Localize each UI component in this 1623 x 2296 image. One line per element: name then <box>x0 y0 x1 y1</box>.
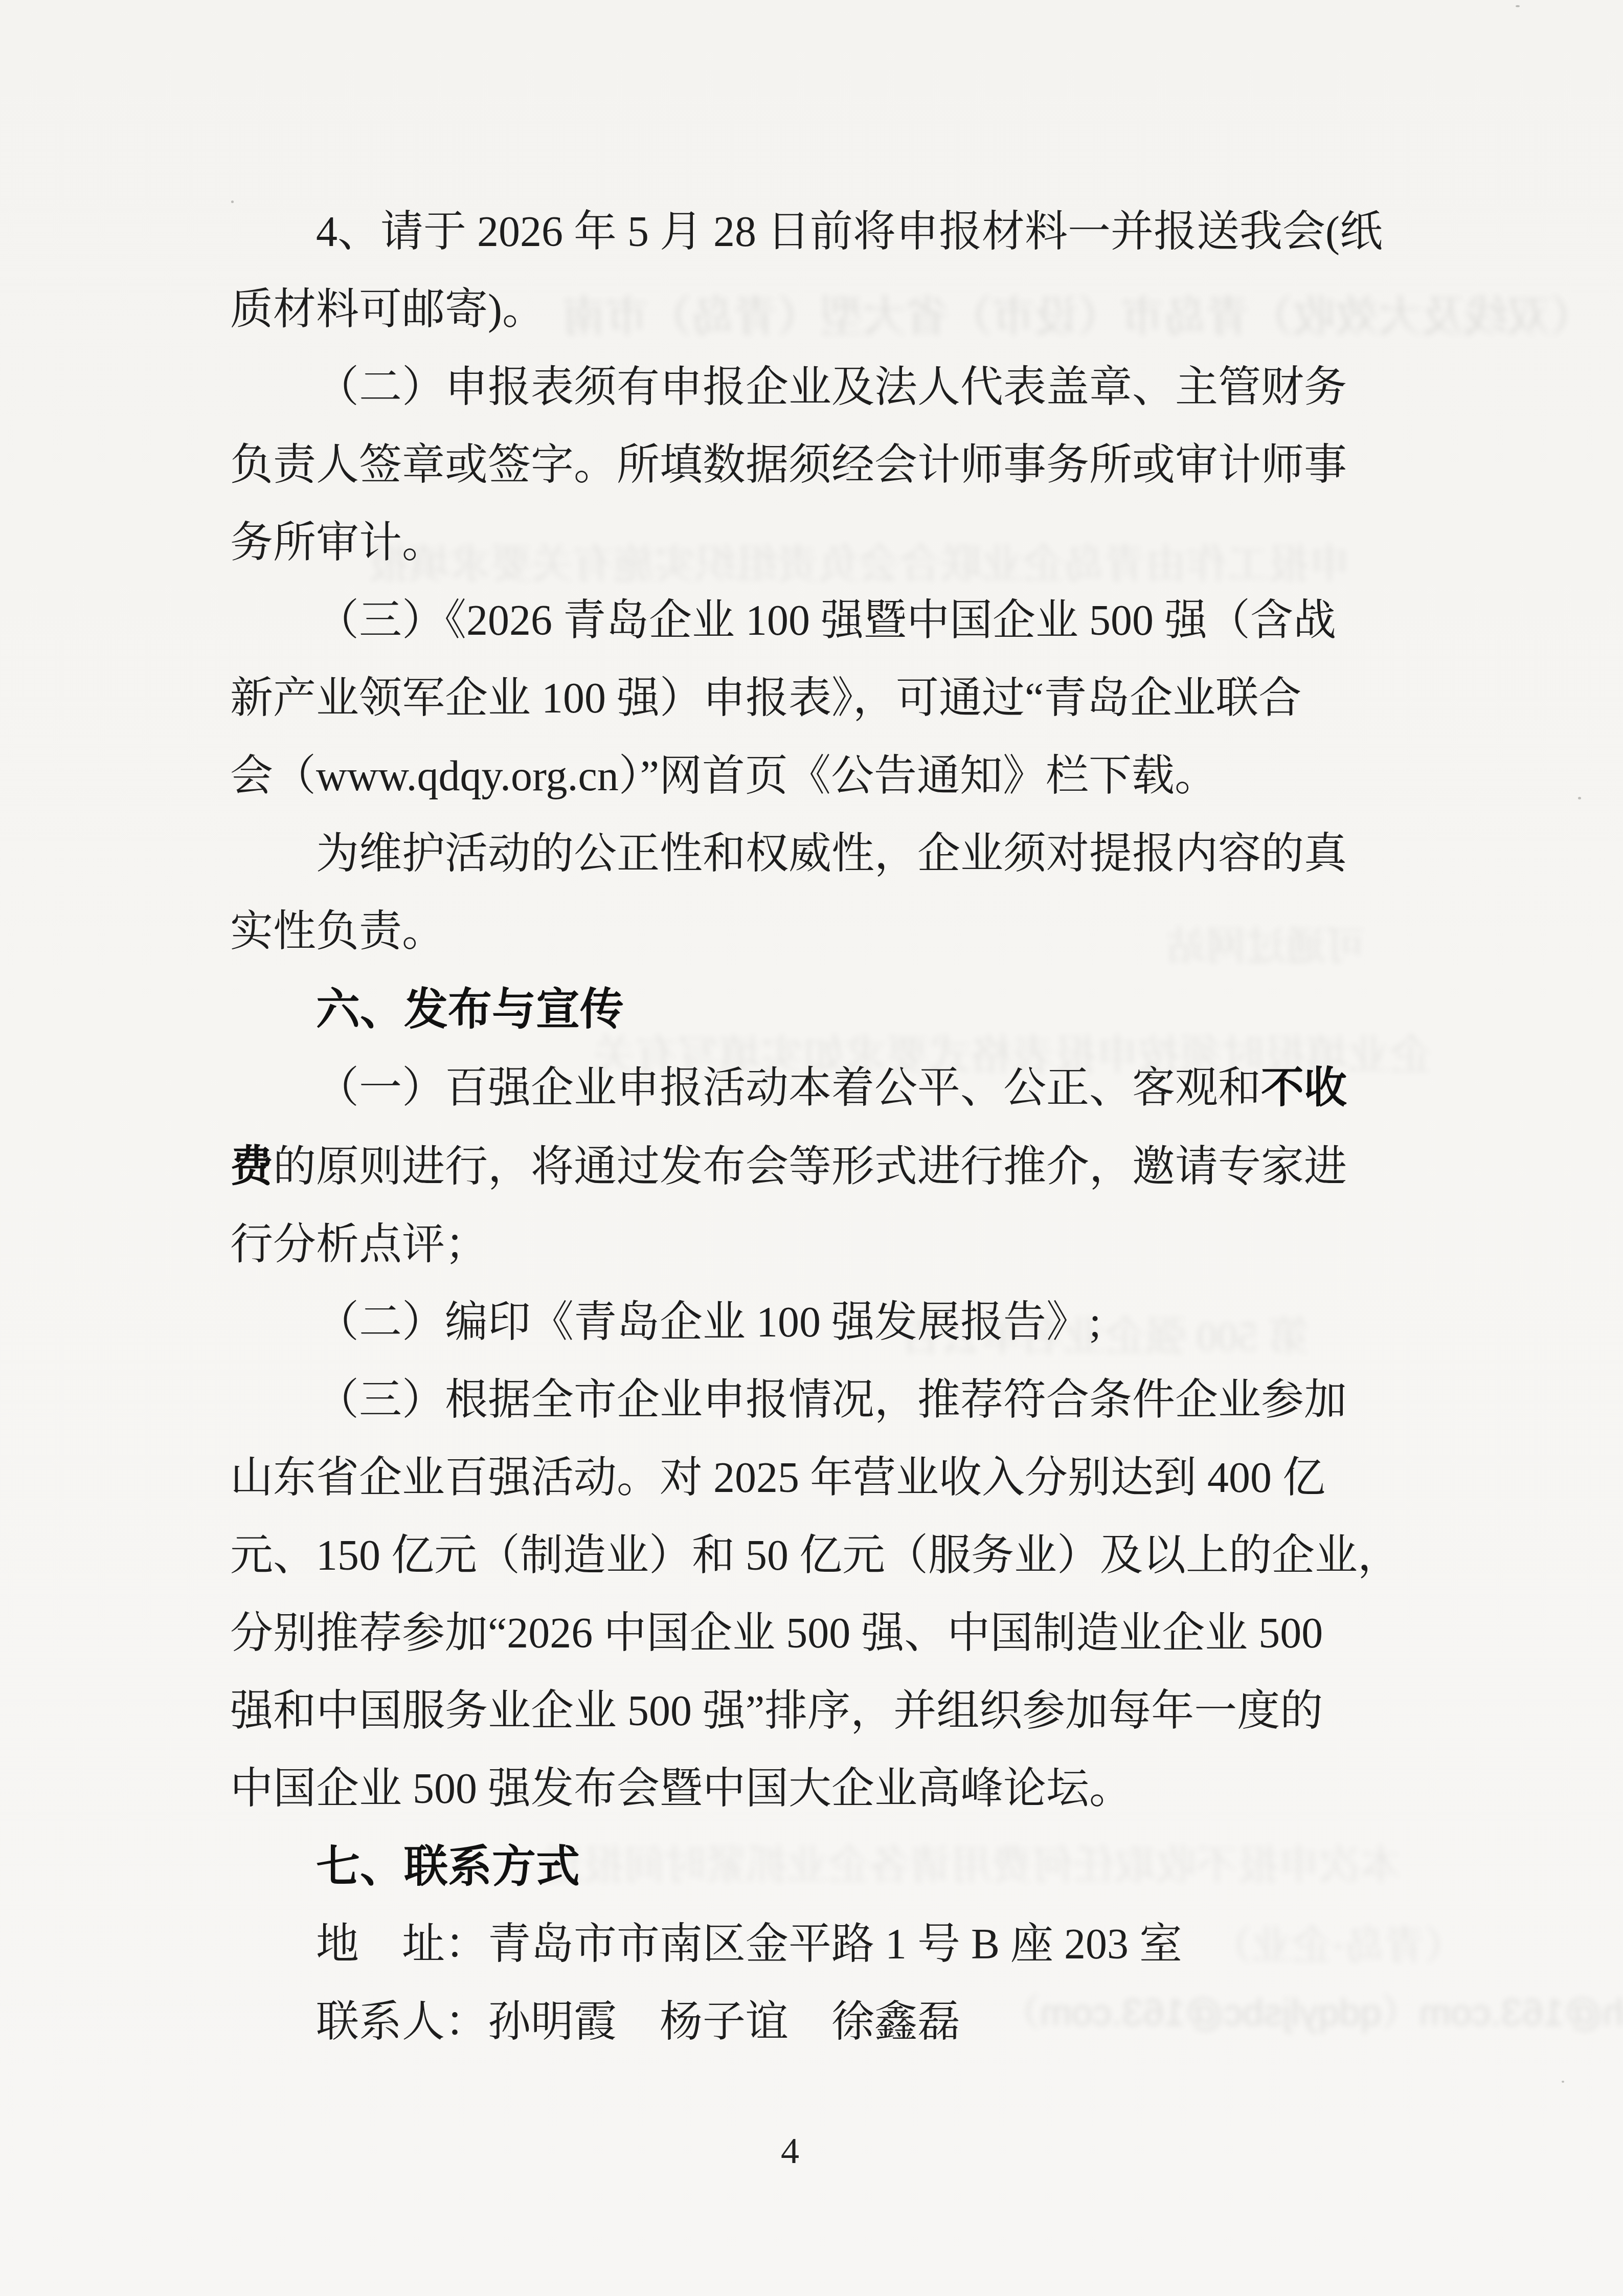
text-line: （三）根据全市企业申报情况，推荐符合条件企业参加 <box>230 1362 1422 1439</box>
scanned-document-page: （双线及大效收）青岛市（设市）省大型（青岛）市南申报工作由青岛企业联合会负责组织… <box>0 0 1623 2296</box>
text-line: 行分析点评； <box>230 1206 1422 1284</box>
text-line: 山东省企业百强活动。对 2025 年营业收入分别达到 400 亿 <box>230 1439 1422 1517</box>
text-run: （三）根据全市企业申报情况，推荐符合条件企业参加 <box>316 1376 1347 1424</box>
text-run: 六、发布与宣传 <box>316 985 624 1034</box>
text-run: 地 址：青岛市市南区金平路 1 号 B 座 203 室 <box>316 1921 1182 1968</box>
text-run: 分别推荐参加“2026 中国企业 500 强、中国制造业企业 500 <box>230 1610 1323 1657</box>
text-run: （一）百强企业申报活动本着公平、公正、客观和 <box>316 1064 1261 1112</box>
section-heading: 七、联系方式 <box>230 1828 1422 1906</box>
text-run: （二）申报表须有申报企业及法人代表盖章、主管财务 <box>316 364 1347 411</box>
text-run: 为维护活动的公正性和权威性，企业须对提报内容的真 <box>316 830 1347 878</box>
text-line: 联系人：孙明霞 杨子谊 徐鑫磊 <box>230 1983 1422 2061</box>
text-line: 务所审计。 <box>230 504 1422 582</box>
bold-run: 不收 <box>1261 1063 1347 1111</box>
text-run: 的原则进行，将通过发布会等形式进行推介，邀请专家进 <box>273 1143 1347 1191</box>
text-run: 务所审计。 <box>230 519 445 567</box>
text-run: 会（www.qdqy.org.cn）”网首页《公告通知》栏下载。 <box>230 752 1218 800</box>
bold-run: 费 <box>230 1142 273 1190</box>
text-line: 费的原则进行，将通过发布会等形式进行推介，邀请专家进 <box>230 1127 1422 1206</box>
text-run: 山东省企业百强活动。对 2025 年营业收入分别达到 400 亿 <box>230 1454 1325 1502</box>
scan-speck <box>231 200 234 203</box>
text-run: 联系人：孙明霞 杨子谊 徐鑫磊 <box>316 1998 960 2046</box>
text-run: 强和中国服务业企业 500 强”排序，并组织参加每年一度的 <box>230 1687 1323 1735</box>
text-run: 质材料可邮寄)。 <box>230 286 545 333</box>
text-run: 负责人签章或签字。所填数据须经会计师事务所或审计师事 <box>230 441 1347 489</box>
document-text: 4、请于 2026 年 5 月 28 日前将申报材料一并报送我会(纸质材料可邮寄… <box>230 193 1422 2061</box>
text-run: 中国企业 500 强发布会暨中国大企业高峰论坛。 <box>230 1765 1132 1813</box>
text-run: 4、请于 2026 年 5 月 28 日前将申报材料一并报送我会(纸 <box>316 208 1383 256</box>
scan-speck <box>1578 797 1581 799</box>
text-line: 会（www.qdqy.org.cn）”网首页《公告通知》栏下载。 <box>230 738 1422 815</box>
text-line: （三）《2026 青岛企业 100 强暨中国企业 500 强（含战 <box>230 582 1422 660</box>
section-heading: 六、发布与宣传 <box>230 971 1422 1049</box>
text-line: 新产业领军企业 100 强）申报表》，可通过“青岛企业联合 <box>230 660 1422 738</box>
text-run: 七、联系方式 <box>316 1842 580 1891</box>
text-line: 负责人签章或签字。所填数据须经会计师事务所或审计师事 <box>230 427 1422 504</box>
text-line: 质材料可邮寄)。 <box>230 271 1422 349</box>
text-run: 元、150 亿元（制造业）和 50 亿元（服务业）及以上的企业， <box>230 1532 1401 1579</box>
text-line: （二）编印《青岛企业 100 强发展报告》; <box>230 1284 1422 1362</box>
text-run: （二）编印《青岛企业 100 强发展报告》; <box>316 1299 1101 1346</box>
text-line: 分别推荐参加“2026 中国企业 500 强、中国制造业企业 500 <box>230 1595 1422 1673</box>
scan-speck <box>1516 5 1520 7</box>
text-line: 强和中国服务业企业 500 强”排序，并组织参加每年一度的 <box>230 1673 1422 1750</box>
text-line: 元、150 亿元（制造业）和 50 亿元（服务业）及以上的企业， <box>230 1517 1422 1595</box>
page-number: 4 <box>0 2117 1580 2184</box>
text-run: 新产业领军企业 100 强）申报表》，可通过“青岛企业联合 <box>230 675 1301 722</box>
text-line: 地 址：青岛市市南区金平路 1 号 B 座 203 室 <box>230 1906 1422 1983</box>
text-line: 实性负责。 <box>230 893 1422 971</box>
scan-speck <box>1562 2081 1564 2083</box>
text-line: 4、请于 2026 年 5 月 28 日前将申报材料一并报送我会(纸 <box>230 193 1422 271</box>
text-run: 实性负责。 <box>230 908 445 955</box>
text-line: （一）百强企业申报活动本着公平、公正、客观和不收 <box>230 1049 1422 1127</box>
text-line: （二）申报表须有申报企业及法人代表盖章、主管财务 <box>230 349 1422 427</box>
text-run: （三）《2026 青岛企业 100 强暨中国企业 500 强（含战 <box>316 597 1336 644</box>
text-line: 为维护活动的公正性和权威性，企业须对提报内容的真 <box>230 815 1422 893</box>
text-run: 行分析点评； <box>230 1221 488 1268</box>
text-line: 中国企业 500 强发布会暨中国大企业高峰论坛。 <box>230 1750 1422 1828</box>
